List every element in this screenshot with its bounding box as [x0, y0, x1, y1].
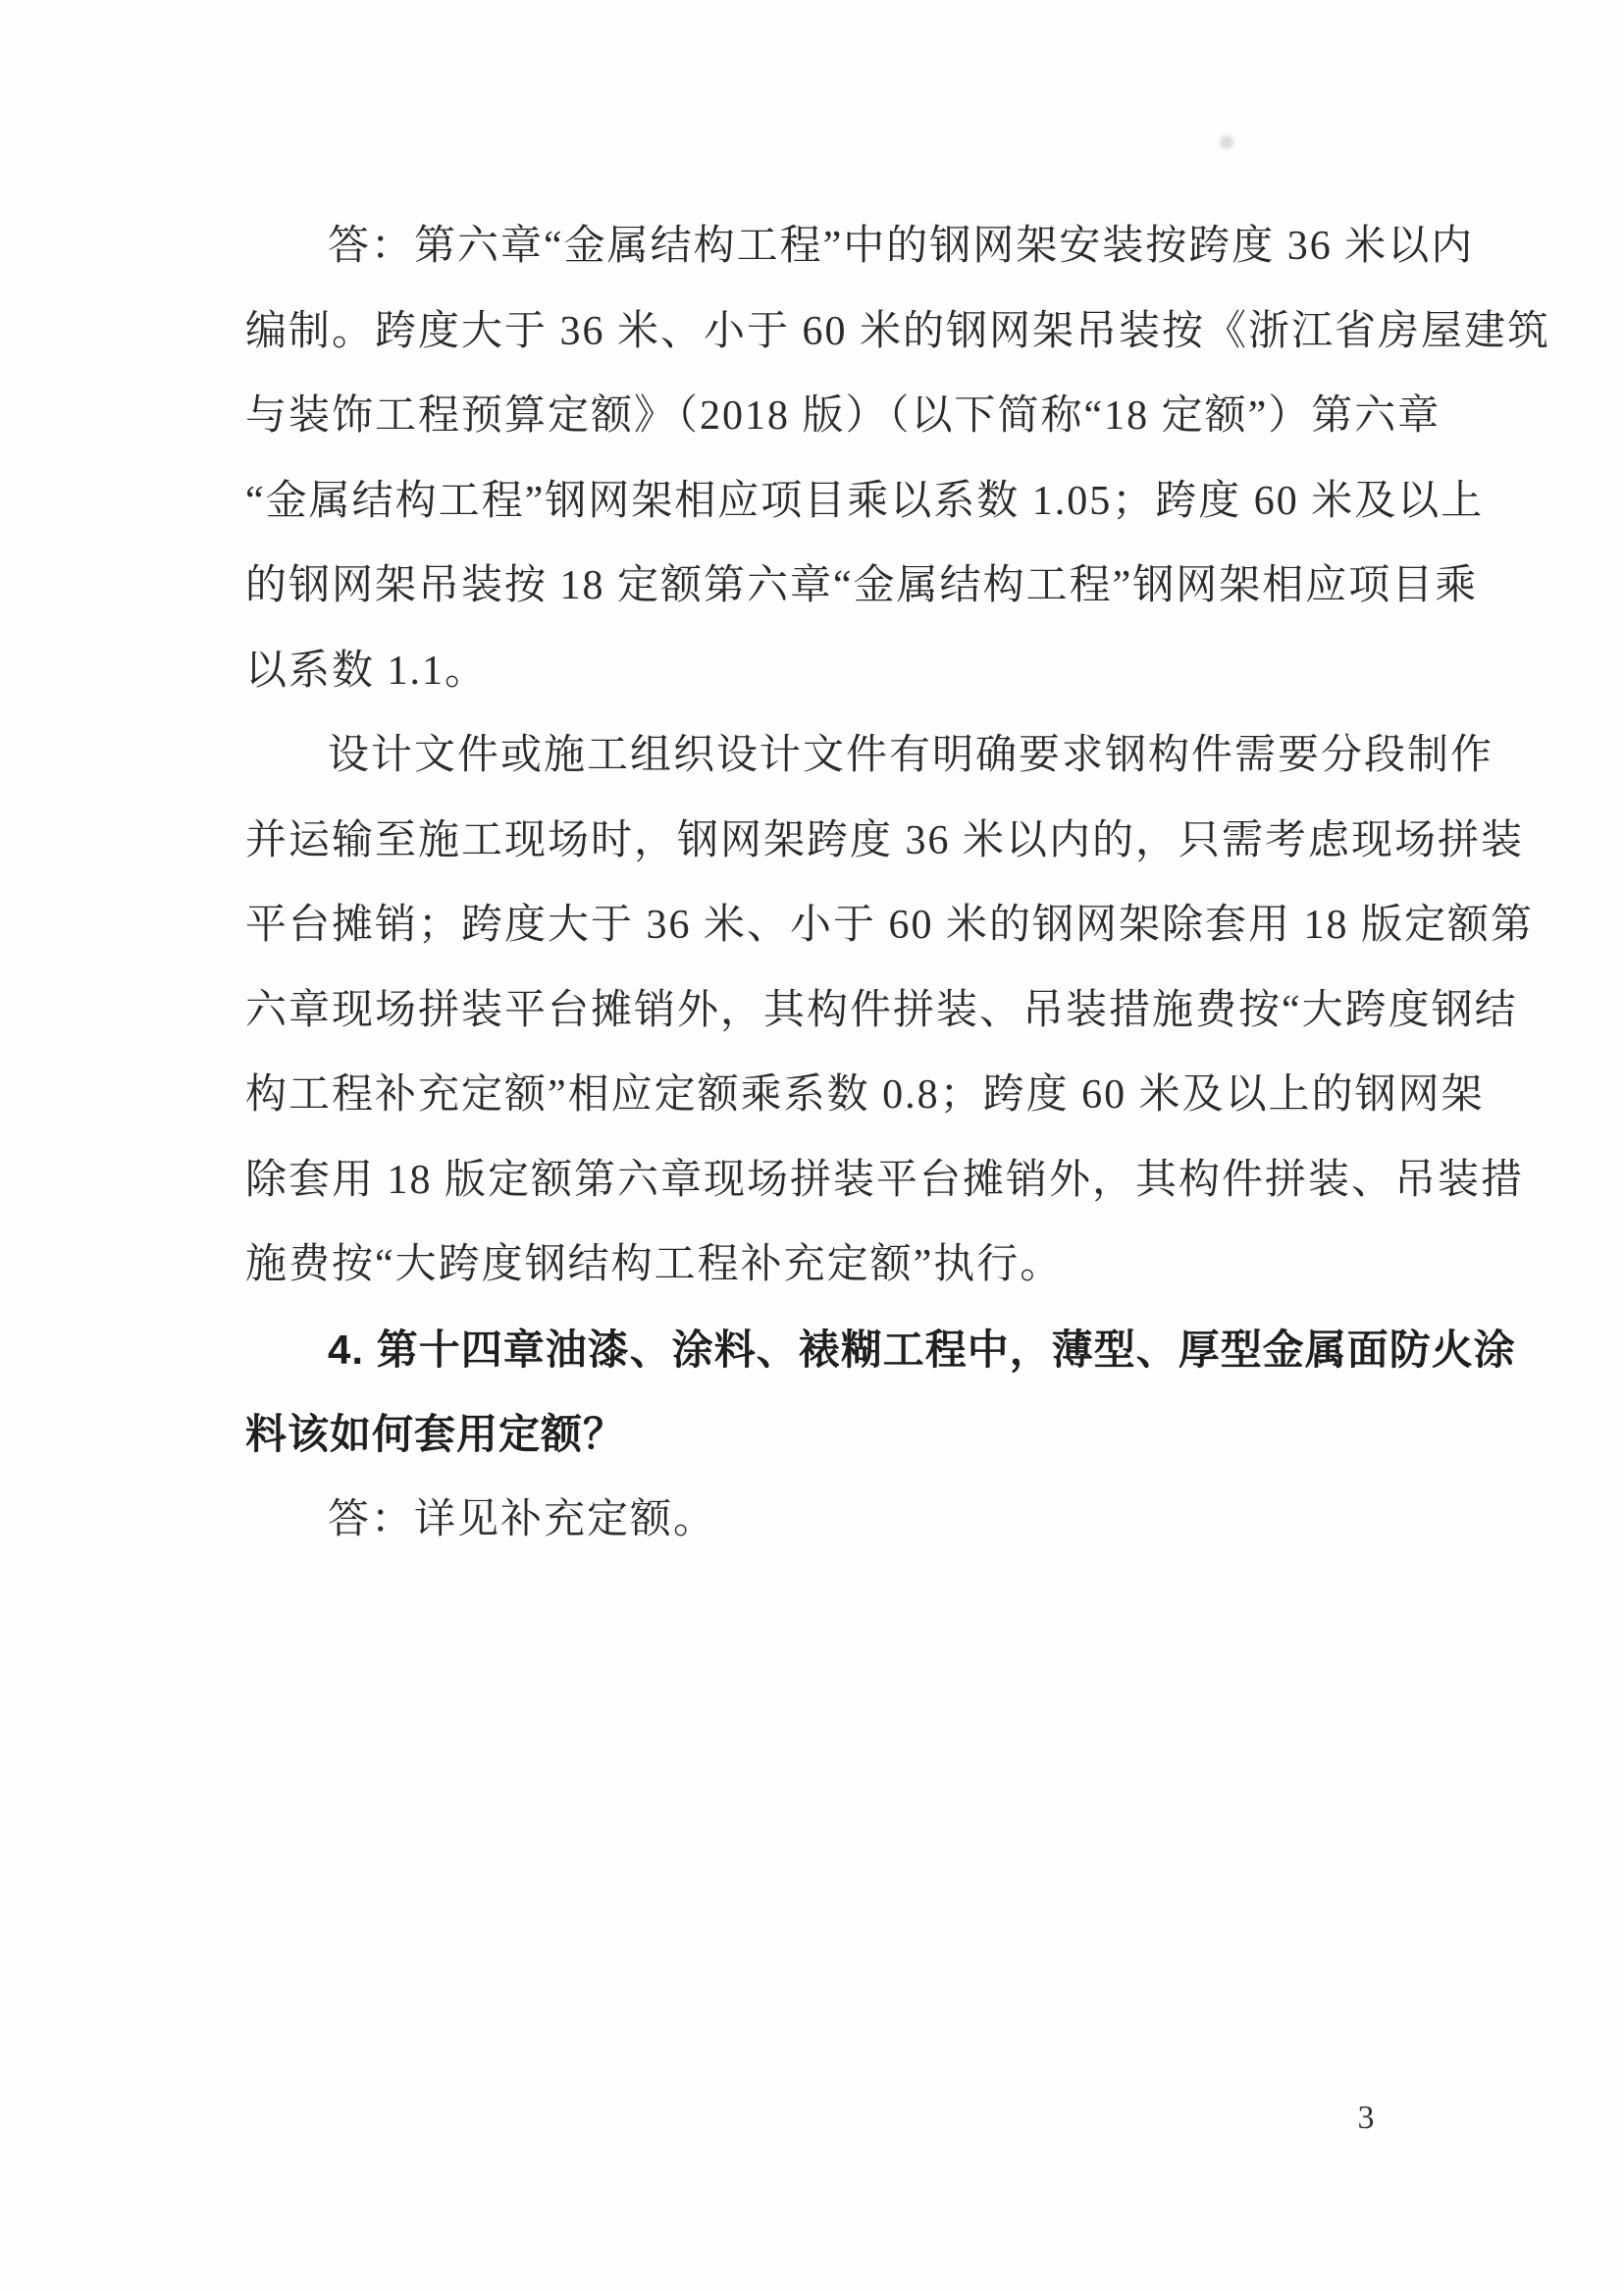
- page-number: 3: [1346, 2100, 1386, 2137]
- text-line: 的钢网架吊装按 18 定额第六章“金属结构工程”钢网架相应项目乘: [245, 544, 1400, 629]
- text-line: 构工程补充定额”相应定额乘系数 0.8；跨度 60 米及以上的钢网架: [245, 1053, 1400, 1138]
- body-text: 答：第六章“金属结构工程”中的钢网架安装按跨度 36 米以内 编制。跨度大于 3…: [245, 204, 1400, 1562]
- text-line: 六章现场拼装平台摊销外，其构件拼装、吊装措施费按“大跨度钢结: [245, 968, 1400, 1054]
- text-line: 答：详见补充定额。: [245, 1478, 1400, 1563]
- text-line: 与装饰工程预算定额》（2018 版）（以下简称“18 定额”）第六章: [245, 374, 1400, 459]
- scan-smudge: [1220, 135, 1233, 149]
- text-line: 设计文件或施工组织设计文件有明确要求钢构件需要分段制作: [245, 713, 1400, 799]
- text-line: 以系数 1.1。: [245, 629, 1400, 714]
- text-line: 并运输至施工现场时，钢网架跨度 36 米以内的，只需考虑现场拼装: [245, 799, 1400, 884]
- question-line: 料该如何套用定额？: [245, 1392, 1400, 1478]
- question-line: 4. 第十四章油漆、涂料、裱糊工程中，薄型、厚型金属面防火涂: [245, 1308, 1400, 1393]
- text-line: 除套用 18 版定额第六章现场拼装平台摊销外，其构件拼装、吊装措: [245, 1138, 1400, 1224]
- document-page: 答：第六章“金属结构工程”中的钢网架安装按跨度 36 米以内 编制。跨度大于 3…: [0, 0, 1624, 2291]
- text-line: 施费按“大跨度钢结构工程补充定额”执行。: [245, 1223, 1400, 1308]
- text-line: 平台摊销；跨度大于 36 米、小于 60 米的钢网架除套用 18 版定额第: [245, 883, 1400, 968]
- text-line: 答：第六章“金属结构工程”中的钢网架安装按跨度 36 米以内: [245, 204, 1400, 289]
- text-line: “金属结构工程”钢网架相应项目乘以系数 1.05；跨度 60 米及以上: [245, 459, 1400, 545]
- text-line: 编制。跨度大于 36 米、小于 60 米的钢网架吊装按《浙江省房屋建筑: [245, 289, 1400, 375]
